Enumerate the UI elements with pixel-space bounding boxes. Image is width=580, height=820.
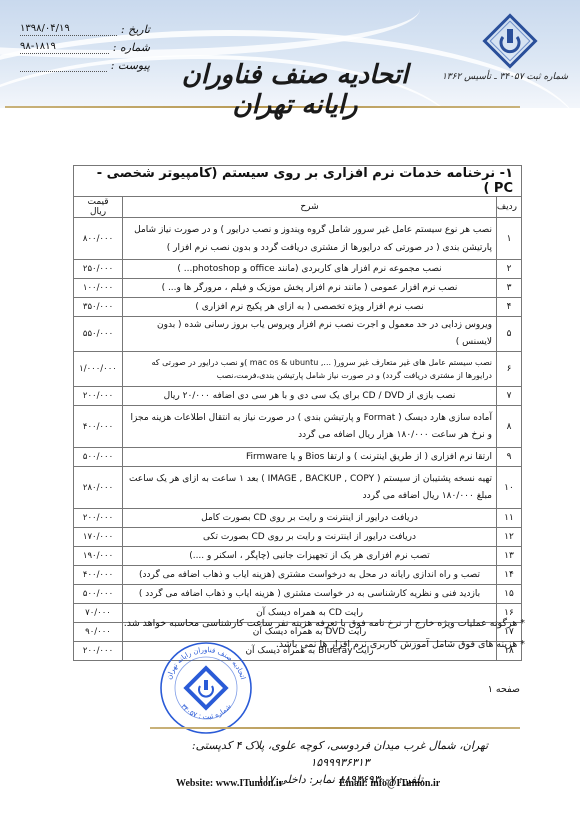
row-description: دریافت درایور از اینترنت و رایت بر روی C…: [123, 528, 497, 547]
footer-email[interactable]: Email: info@ITunion.ir: [339, 778, 440, 789]
row-number: ۷: [497, 387, 522, 406]
row-number: ۱۵: [497, 585, 522, 604]
number-label: شماره :: [113, 41, 150, 54]
row-description: ویروس زدایی در حد معمول و اجرت نصب نرم ا…: [123, 317, 497, 352]
row-description: نصب سیستم عامل های غیر متعارف غیر سرور( …: [123, 352, 497, 387]
table-row: ۱۴تصب و راه اندازی رایانه در محل به درخو…: [74, 566, 522, 585]
row-price: ۲۵۰/۰۰۰: [74, 260, 123, 279]
footer-divider: [150, 727, 520, 729]
row-description: تصب و راه اندازی رایانه در محل به درخواس…: [123, 566, 497, 585]
column-header-description: شرح: [123, 197, 497, 218]
table-row: ۱۳تصب نرم افزاری هر یک از تجهیزات جانبی …: [74, 547, 522, 566]
note-training-excluded: * هزینه های فوق شامل آموزش کاربری نرم اف…: [70, 639, 525, 650]
row-number: ۱۲: [497, 528, 522, 547]
page-number: صفحه ۱: [440, 684, 520, 695]
row-price: ۳۵۰/۰۰۰: [74, 298, 123, 317]
number-value: ۹۸-۱۸۱۹: [20, 41, 109, 54]
reference-block: تاریخ : ۱۳۹۸/۰۴/۱۹ شماره : ۹۸-۱۸۱۹ پیوست…: [20, 18, 150, 72]
row-description: نصب نرم افزار عمومی ( مانند نرم افزار پخ…: [123, 279, 497, 298]
row-number: ۳: [497, 279, 522, 298]
table-row: ۹ارتقا نرم افزاری ( از طریق اینترنت ) و …: [74, 448, 522, 467]
row-number: ۲: [497, 260, 522, 279]
table-row: ۱۰تهیه نسخه پشتیبان از سیستم ( IMAGE , B…: [74, 467, 522, 509]
column-header-row-number: ردیف: [497, 197, 522, 218]
table-row: ۱نصب هر نوع سیستم عامل غیر سرور شامل گرو…: [74, 218, 522, 260]
footer-website[interactable]: Website: www.ITunion.ir: [176, 778, 283, 789]
row-price: ۱۷۰/۰۰۰: [74, 528, 123, 547]
table-row: ۳نصب نرم افزار عمومی ( مانند نرم افزار پ…: [74, 279, 522, 298]
row-price: ۵۰۰/۰۰۰: [74, 585, 123, 604]
row-price: ۸۰۰/۰۰۰: [74, 218, 123, 260]
row-number: ۴: [497, 298, 522, 317]
row-number: ۱۰: [497, 467, 522, 509]
table-row: ۶نصب سیستم عامل های غیر متعارف غیر سرور(…: [74, 352, 522, 387]
row-description: نصب نرم افزار ویژه تخصصی ( به ازای هر پک…: [123, 298, 497, 317]
note-special-operations: * هرگونه عملیات ویژه خارج از نرخ نامه فو…: [70, 618, 525, 629]
column-header-price: قیمت ریال: [74, 197, 123, 218]
number-row: شماره : ۹۸-۱۸۱۹: [20, 36, 150, 54]
union-logo-icon: [481, 12, 539, 70]
official-stamp-icon: اتحادیه صنف فناوران رایانه تهران شماره ث…: [158, 640, 254, 736]
row-number: ۶: [497, 352, 522, 387]
row-description: نصب هر نوع سیستم عامل غیر سرور شامل گروه…: [123, 218, 497, 260]
date-row: تاریخ : ۱۳۹۸/۰۴/۱۹: [20, 18, 150, 36]
row-price: ۲۸۰/۰۰۰: [74, 467, 123, 509]
table-row: ۴نصب نرم افزار ویژه تخصصی ( به ازای هر پ…: [74, 298, 522, 317]
row-number: ۱: [497, 218, 522, 260]
table-row: ۱۵بازدید فنی و نظریه کارشناسی به در خواس…: [74, 585, 522, 604]
table-row: ۱۱دریافت درایور از اینترنت و رایت بر روی…: [74, 509, 522, 528]
table-header-row: ردیف شرح قیمت ریال: [74, 197, 522, 218]
row-description: تهیه نسخه پشتیبان از سیستم ( IMAGE , BAC…: [123, 467, 497, 509]
row-number: ۱۴: [497, 566, 522, 585]
row-price: ۵۵۰/۰۰۰: [74, 317, 123, 352]
attachment-value: [20, 70, 107, 72]
organization-name: اتحادیه صنف فناوران رایانه تهران: [150, 60, 440, 120]
row-price: ۴۰۰/۰۰۰: [74, 406, 123, 448]
price-table: ۱- نرخنامه خدمات نرم افزاری بر روی سیستم…: [73, 165, 522, 661]
registration-text: شماره ثبت ۳۴۰۵۷ ـ تأسیس ۱۳۶۲: [440, 72, 570, 82]
row-price: ۲۰۰/۰۰۰: [74, 509, 123, 528]
notes-block: * هرگونه عملیات ویژه خارج از نرخ نامه فو…: [70, 618, 525, 660]
row-price: ۵۰۰/۰۰۰: [74, 448, 123, 467]
date-label: تاریخ :: [121, 23, 150, 36]
table-title: ۱- نرخنامه خدمات نرم افزاری بر روی سیستم…: [74, 166, 522, 197]
table-row: ۱۲دریافت درایور از اینترنت و رایت بر روی…: [74, 528, 522, 547]
row-number: ۱۱: [497, 509, 522, 528]
attachment-label: پیوست :: [111, 59, 150, 72]
table-row: ۷نصب بازی از CD / DVD برای یک سی دی و با…: [74, 387, 522, 406]
row-description: بازدید فنی و نظریه کارشناسی به در خواست …: [123, 585, 497, 604]
row-number: ۱۳: [497, 547, 522, 566]
row-description: تصب نرم افزاری هر یک از تجهیزات جانبی (چ…: [123, 547, 497, 566]
row-description: دریافت درایور از اینترنت و رایت بر روی C…: [123, 509, 497, 528]
table-row: ۲نصب مجموعه نرم افزار های کاربردی (مانند…: [74, 260, 522, 279]
row-price: ۴۰۰/۰۰۰: [74, 566, 123, 585]
table-row: ۵ویروس زدایی در حد معمول و اجرت نصب نرم …: [74, 317, 522, 352]
row-price: ۱/۰۰۰/۰۰۰: [74, 352, 123, 387]
row-price: ۱۹۰/۰۰۰: [74, 547, 123, 566]
attachment-row: پیوست :: [20, 54, 150, 72]
date-value: ۱۳۹۸/۰۴/۱۹: [20, 23, 117, 36]
row-price: ۲۰۰/۰۰۰: [74, 387, 123, 406]
row-description: آماده سازی هارد دیسک ( Format و پارتیشن …: [123, 406, 497, 448]
table-row: ۸آماده سازی هارد دیسک ( Format و پارتیشن…: [74, 406, 522, 448]
row-number: ۸: [497, 406, 522, 448]
row-number: ۹: [497, 448, 522, 467]
row-price: ۱۰۰/۰۰۰: [74, 279, 123, 298]
row-description: نصب مجموعه نرم افزار های کاربردی (مانند …: [123, 260, 497, 279]
row-description: ارتقا نرم افزاری ( از طریق اینترنت ) و ا…: [123, 448, 497, 467]
footer-address: تهران، شمال غرب میدان فردوسی، کوچه علوی،…: [175, 737, 505, 771]
row-description: نصب بازی از CD / DVD برای یک سی دی و با …: [123, 387, 497, 406]
row-number: ۵: [497, 317, 522, 352]
